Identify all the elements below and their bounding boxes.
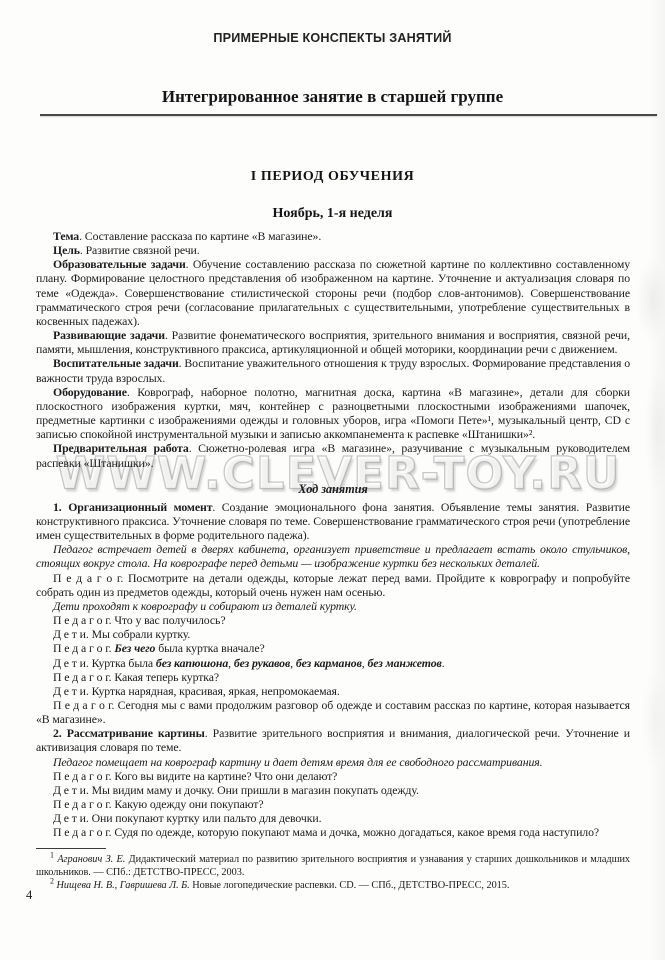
paragraph: Д е т и. Мы видим маму и дочку. Они приш… — [36, 783, 630, 797]
text-run: Развивающие задачи — [53, 328, 165, 342]
text-run: Без чего — [114, 641, 155, 655]
text-run: Д е т и. Мы собрали куртку. — [53, 627, 190, 641]
text-run: . — [442, 656, 445, 670]
paragraph: П е д а г о г. Кого вы видите на картине… — [36, 769, 630, 783]
footnote-divider — [36, 848, 106, 849]
text-run: без капюшона — [156, 656, 228, 670]
paragraph: П е д а г о г. Судя по одежде, которую п… — [36, 825, 630, 839]
text-run: П е д а г о г. Судя по одежде, которую п… — [53, 825, 599, 839]
text-run: Д е т и. Куртка была — [53, 656, 156, 670]
paragraph: П е д а г о г. Сегодня мы с вами продолж… — [36, 698, 630, 726]
footnotes: 1 Агранович З. Е. Дидактический материал… — [36, 853, 630, 893]
section-heading: Ход занятия — [36, 482, 630, 496]
text-run: Предварительная работа — [53, 441, 189, 455]
paragraph: П е д а г о г. Посмотрите на детали одеж… — [36, 571, 630, 599]
paragraph: Дети проходят к коврографу и собирают из… — [36, 599, 630, 613]
paragraph: 1. Организационный момент. Создание эмоц… — [36, 500, 630, 542]
paragraph: Педагог помещает на коврограф картину и … — [36, 755, 630, 769]
period-heading: I ПЕРИОД ОБУЧЕНИЯ — [0, 169, 665, 185]
paragraph: Оборудование. Коврограф, наборное полотн… — [36, 385, 630, 442]
paragraph: Тема. Составление рассказа по картине «В… — [36, 229, 630, 243]
text-run: Д е т и. Они покупают куртку или пальто … — [53, 811, 321, 825]
paragraph: 2. Рассматривание картины. Развитие зрит… — [36, 726, 630, 754]
paragraph: Д е т и. Куртка была без капюшона, без р… — [36, 656, 630, 670]
paragraph: Цель. Развитие связной речи. — [36, 243, 630, 257]
paragraph: П е д а г о г. Что у вас получилось? — [36, 613, 630, 627]
paragraph: Развивающие задачи. Развитие фонематичес… — [36, 328, 630, 356]
text-run: Дети проходят к коврографу и собирают из… — [53, 599, 357, 613]
text-run: П е д а г о г. Какую одежду они покупают… — [53, 797, 263, 811]
paragraph: Д е т и. Они покупают куртку или пальто … — [36, 811, 630, 825]
text-run: П е д а г о г. Посмотрите на детали одеж… — [36, 571, 630, 599]
paragraph: Воспитательные задачи. Воспитание уважит… — [36, 356, 630, 384]
text-run: 1. Организационный момент — [53, 500, 212, 514]
body-text: Тема. Составление рассказа по картине «В… — [36, 229, 630, 840]
text-run: . Развитие связной речи. — [80, 243, 200, 257]
page-number: 4 — [26, 888, 32, 903]
text-run: Д е т и. Мы видим маму и дочку. Они приш… — [53, 783, 419, 797]
text-run: Дидактический материал по развитию зрите… — [36, 854, 630, 878]
paragraph: Педагог встречает детей в дверях кабинет… — [36, 542, 630, 570]
text-run: П е д а г о г. — [53, 641, 114, 655]
paragraph: Образовательные задачи. Обучение составл… — [36, 257, 630, 328]
text-run: Педагог встречает детей в дверях кабинет… — [36, 542, 630, 570]
paragraph: П е д а г о г. Какая теперь куртка? — [36, 670, 630, 684]
paragraph: П е д а г о г. Какую одежду они покупают… — [36, 797, 630, 811]
running-header: ПРИМЕРНЫЕ КОНСПЕКТЫ ЗАНЯТИЙ — [10, 30, 655, 45]
paragraph: Д е т и. Куртка нарядная, красивая, ярка… — [36, 684, 630, 698]
text-run: без манжетов — [367, 656, 441, 670]
text-run: без рукавов — [234, 656, 290, 670]
text-run: Новые логопедические распевки. CD. — СПб… — [190, 880, 510, 891]
footnote-item: 1 Агранович З. Е. Дидактический материал… — [36, 853, 630, 879]
text-run: Воспитательные задачи — [53, 356, 179, 370]
text-run: . Составление рассказа по картине «В маг… — [79, 229, 321, 243]
text-run: Нищева Н. В., Гавришева Л. Б. — [56, 880, 189, 891]
text-run: 2. Рассматривание картины — [53, 726, 205, 740]
page-title: Интегрированное занятие в старшей группе — [0, 87, 665, 107]
text-run: была куртка вначале? — [155, 641, 264, 655]
text-run: Цель — [53, 243, 80, 257]
paragraph: П е д а г о г. Без чего была куртка внач… — [36, 641, 630, 655]
text-run: П е д а г о г. Кого вы видите на картине… — [53, 769, 337, 783]
footnote-item: 2 Нищева Н. В., Гавришева Л. Б. Новые ло… — [36, 879, 630, 892]
text-run: Оборудование — [53, 385, 127, 399]
text-run: Агранович З. Е. — [57, 854, 125, 865]
text-run: без карманов — [296, 656, 362, 670]
text-run: П е д а г о г. Сегодня мы с вами продолж… — [36, 698, 630, 726]
book-page: ПРИМЕРНЫЕ КОНСПЕКТЫ ЗАНЯТИЙ Интегрирован… — [0, 0, 665, 960]
text-run: П е д а г о г. Что у вас получилось? — [53, 613, 225, 627]
text-run: Тема — [53, 229, 79, 243]
text-run: Педагог помещает на коврограф картину и … — [53, 755, 543, 769]
paragraph: Д е т и. Мы собрали куртку. — [36, 627, 630, 641]
week-heading: Ноябрь, 1-я неделя — [0, 206, 665, 222]
text-run: Образовательные задачи — [53, 257, 186, 271]
text-run: Д е т и. Куртка нарядная, красивая, ярка… — [53, 684, 340, 698]
paragraph: Предварительная работа. Сюжетно-ролевая … — [36, 441, 630, 469]
title-divider — [40, 114, 657, 116]
text-run: П е д а г о г. Какая теперь куртка? — [53, 670, 219, 684]
